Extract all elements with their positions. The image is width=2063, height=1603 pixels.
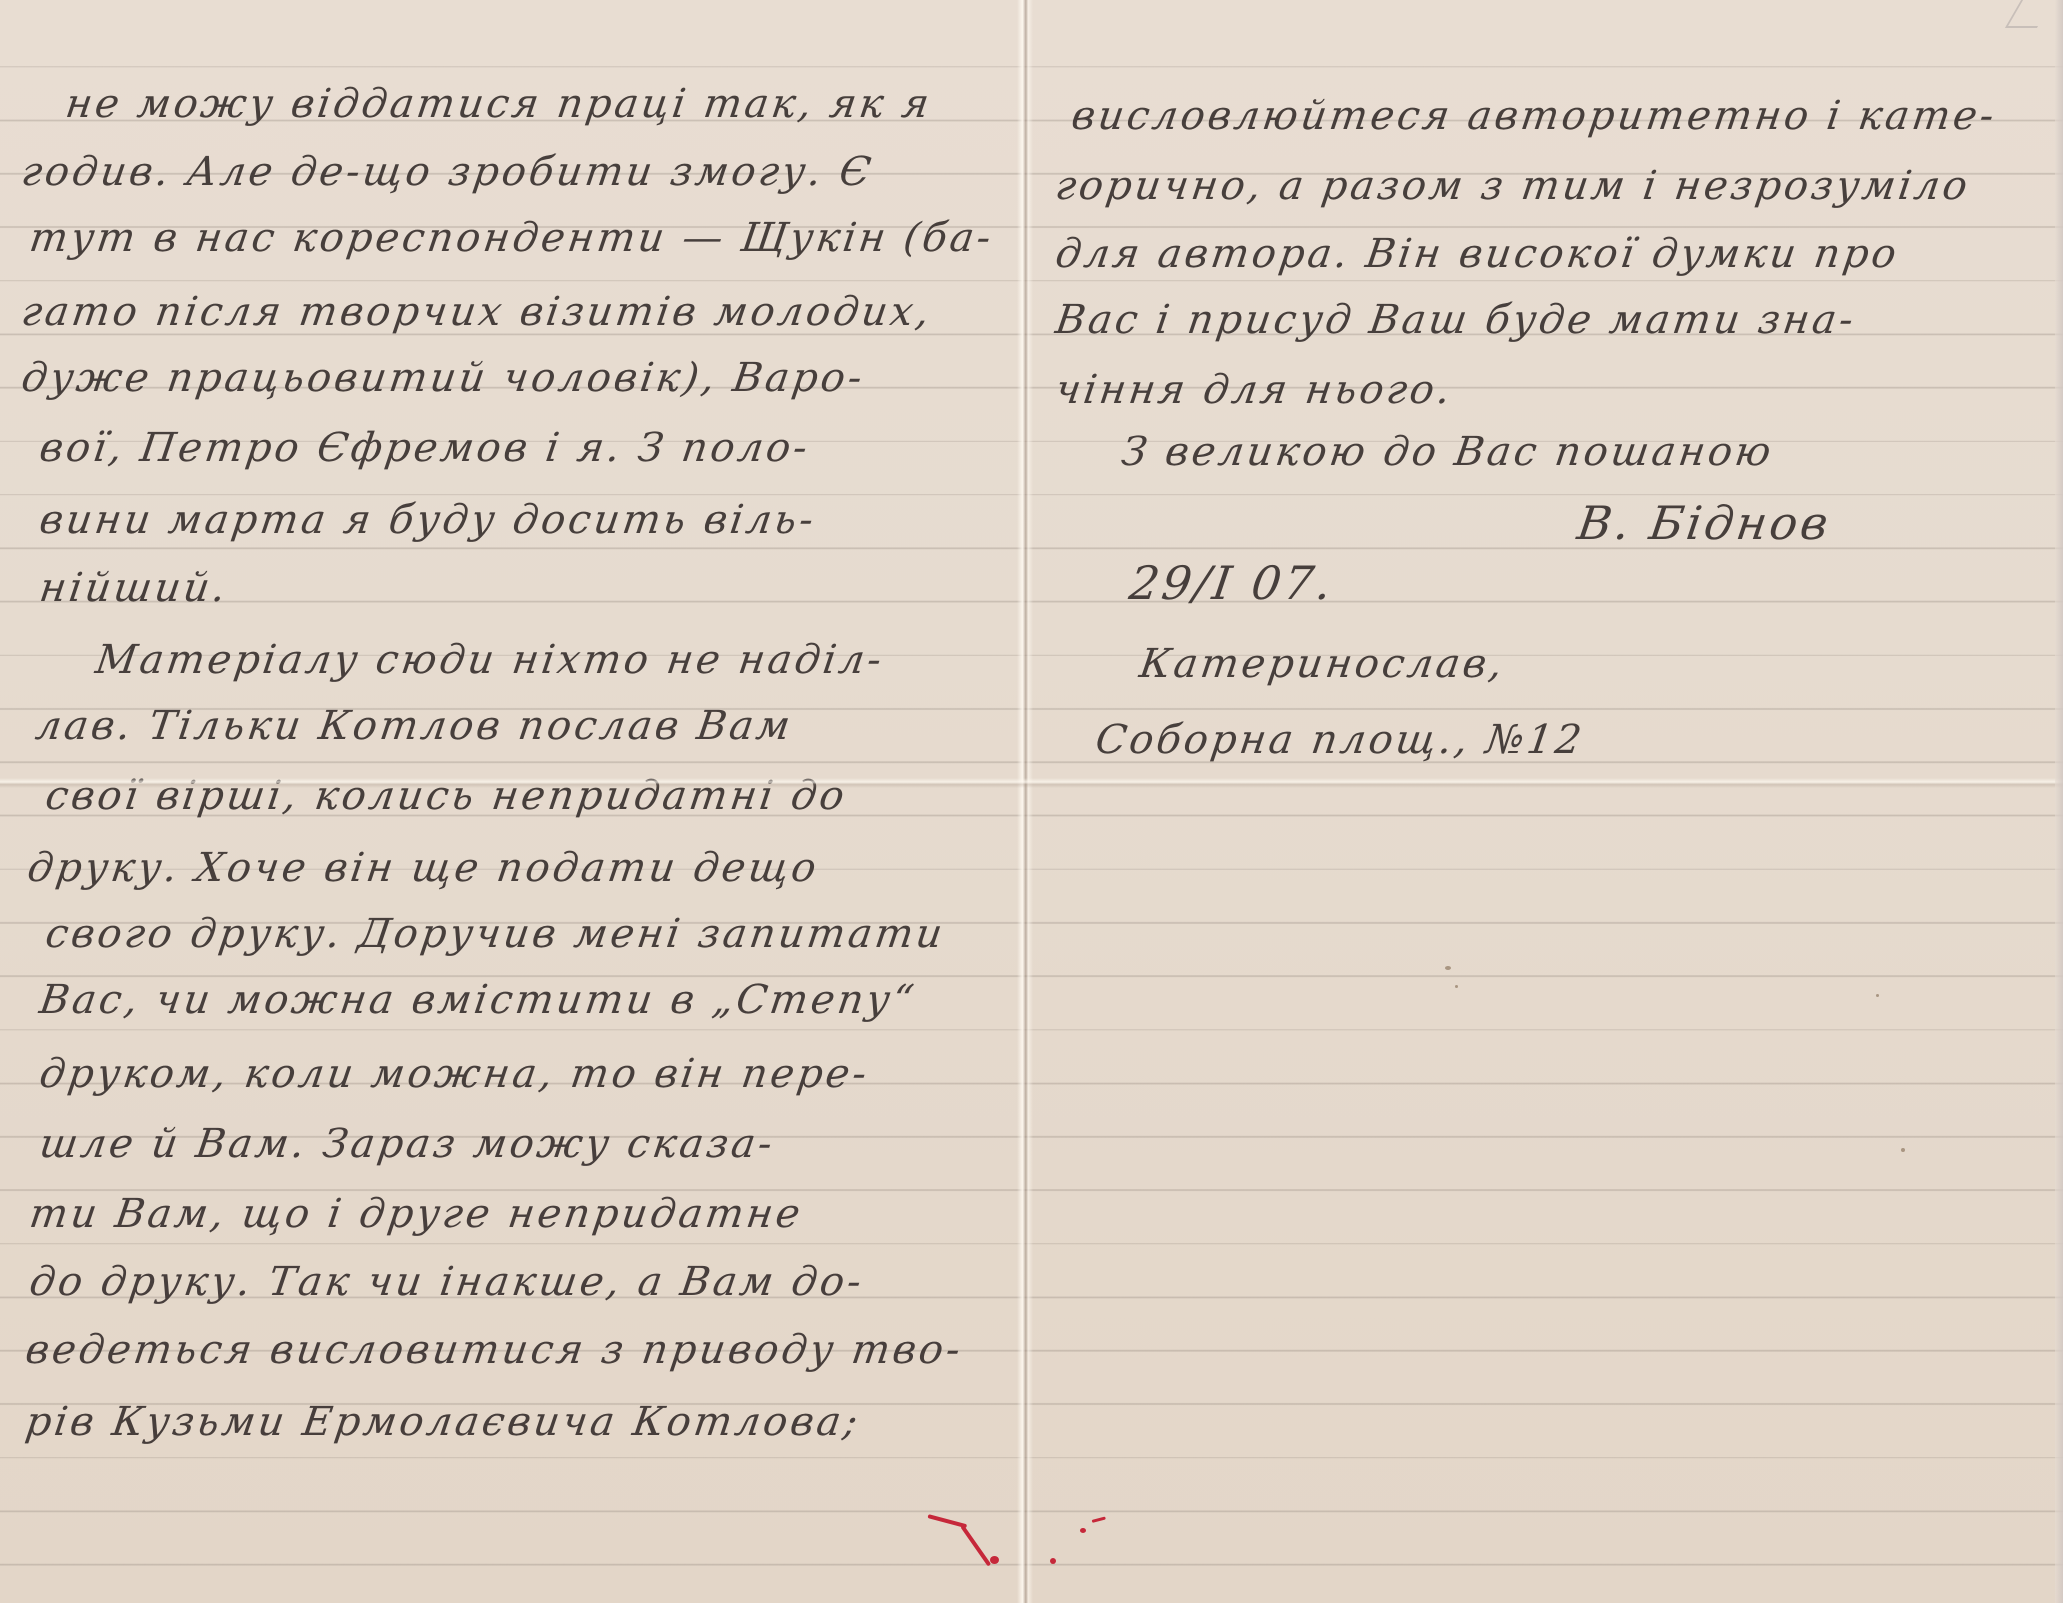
text-line: не можу віддатися праці так, як я xyxy=(63,84,934,124)
text-line: до друку. Так чи інакше, а Вам до- xyxy=(27,1262,866,1302)
text-line: гато після творчих візитів молодих, xyxy=(19,292,934,332)
text-line: Матеріалу сюди ніхто не наділ- xyxy=(93,640,887,680)
text-line: Вас, чи можна вмістити в „Степу“ xyxy=(37,980,919,1020)
text-line: рів Кузьми Ермолаєвича Котлова; xyxy=(23,1402,863,1442)
text-line: лав. Тільки Котлов послав Вам xyxy=(33,706,795,746)
text-line: чіння для нього. xyxy=(1053,370,1455,410)
text-line: Вас і присуд Ваш буде мати зна- xyxy=(1053,300,1858,340)
horizontal-fold-crease xyxy=(0,778,2063,788)
text-line: дуже працьовитий чоловік), Варо- xyxy=(19,358,867,398)
paper-edge xyxy=(2055,0,2063,1603)
text-line: друку. Хоче він ще подати дещо xyxy=(25,848,821,888)
text-line: друком, коли можна, то він пере- xyxy=(37,1054,872,1094)
address-street: Соборна площ., №12 xyxy=(1093,720,1587,760)
date: 29/I 07. xyxy=(1127,560,1337,606)
text-line: для автора. Він високої думки про xyxy=(1053,234,1901,274)
text-line: ти Вам, що і друге непридатне xyxy=(27,1194,805,1234)
vertical-fold-crease xyxy=(1017,0,1033,1603)
text-line: горично, а разом з тим і незрозуміло xyxy=(1053,166,1972,206)
text-line: висловлюйтеся авторитетно і кате- xyxy=(1069,96,1999,136)
text-line: ведеться висловитися з приводу тво- xyxy=(23,1330,965,1370)
right-page: висловлюйтеся авторитетно і кате- горичн… xyxy=(1030,0,2050,1603)
address-city: Катеринослав, xyxy=(1137,644,1508,684)
letter-sheet: не можу віддатися праці так, як я годив.… xyxy=(0,0,2063,1603)
closing-line: З великою до Вас пошаною xyxy=(1119,432,1776,472)
text-line: свого друку. Доручив мені запитати xyxy=(43,914,947,954)
text-line: тут в нас кореспонденти — Щукін (ба- xyxy=(27,218,996,258)
text-line: шле й Вам. Зараз можу сказа- xyxy=(37,1124,777,1164)
signature: В. Біднов xyxy=(1575,500,1834,546)
left-page: не можу віддатися праці так, як я годив.… xyxy=(0,0,1020,1603)
text-line: годив. Але де-що зробити змогу. Є xyxy=(19,152,876,192)
text-line: вої, Петро Єфремов і я. З поло- xyxy=(37,428,812,468)
text-line: вини марта я буду досить віль- xyxy=(37,500,819,540)
text-line: нійший. xyxy=(37,568,231,608)
